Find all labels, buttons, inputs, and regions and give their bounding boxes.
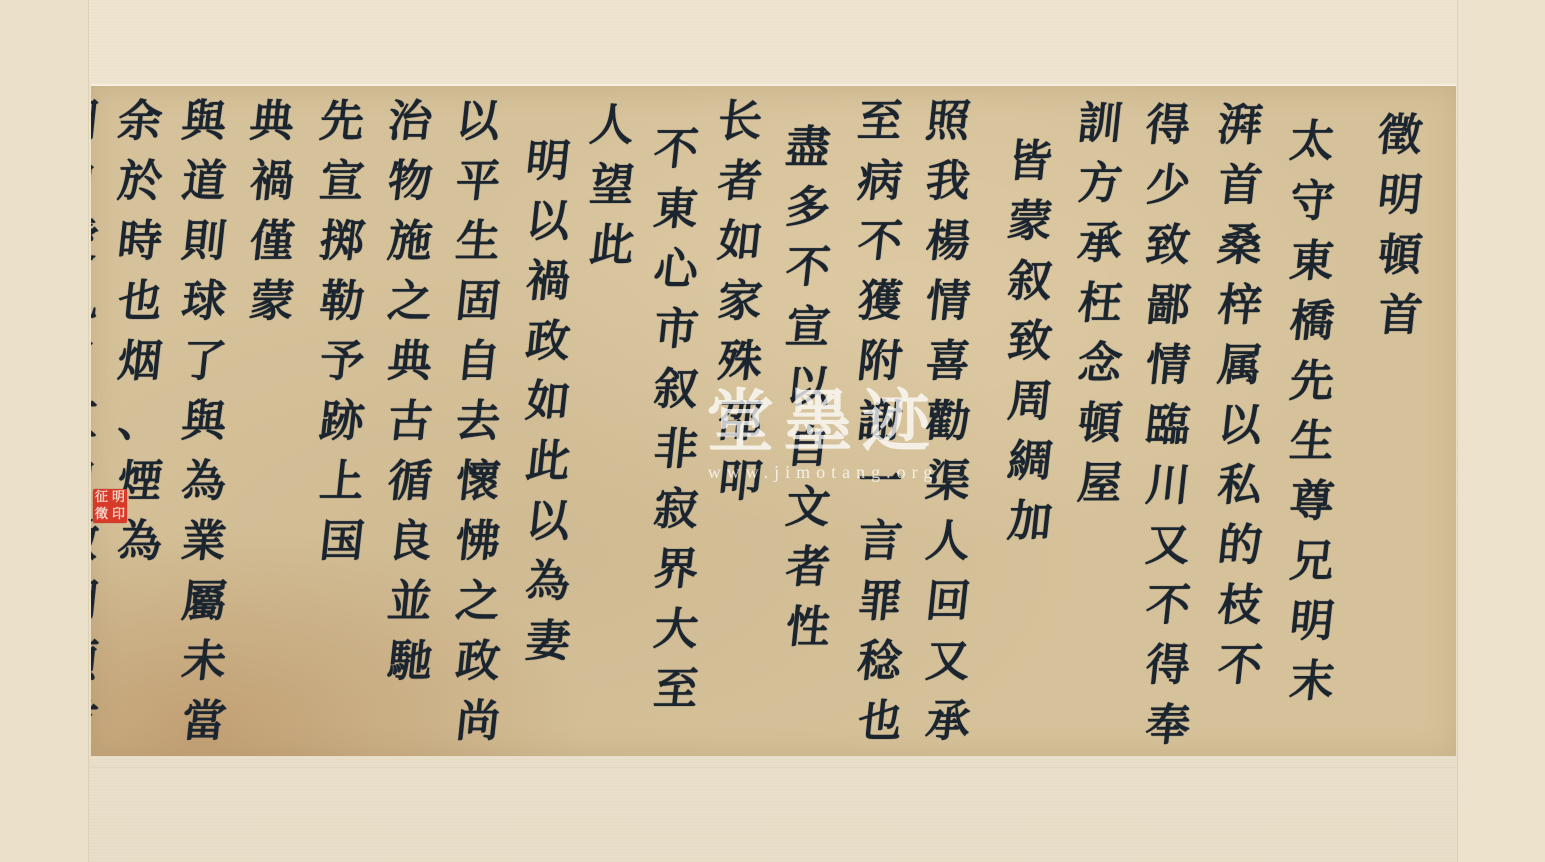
- calligraphy-character: 蒙: [247, 272, 297, 332]
- seal-char: 印: [110, 506, 127, 523]
- calligraphy-character: 得: [1143, 636, 1193, 696]
- calligraphy-character: 蒙: [1005, 192, 1055, 252]
- calligraphy-character: 守: [1287, 172, 1337, 232]
- calligraphy-character: 者: [715, 152, 765, 212]
- calligraphy-character: 枉: [1075, 274, 1125, 334]
- calligraphy-character: 三: [91, 392, 101, 452]
- calligraphy-column: 以平生固自去懷怫之政尚: [456, 92, 500, 752]
- mat-right-border: [1457, 0, 1545, 862]
- calligraphy-character: 邵: [715, 392, 765, 452]
- calligraphy-character: 典: [247, 92, 297, 152]
- calligraphy-character: 余: [115, 92, 165, 152]
- calligraphy-character: 得: [1143, 96, 1193, 156]
- calligraphy-character: 自: [453, 332, 503, 392]
- calligraphy-character: 禍: [523, 252, 573, 312]
- calligraphy-column: 明以禍政如此以為妻: [526, 132, 570, 672]
- calligraphy-column: 长者如家殊邵叩: [718, 92, 762, 512]
- calligraphy-column: 至病不獲附謝一言罪稔也: [858, 92, 902, 752]
- calligraphy-character: 馳: [385, 632, 435, 692]
- calligraphy-character: 方: [1075, 154, 1125, 214]
- calligraphy-character: 自: [91, 152, 101, 212]
- red-seal-stamp: 征 明 徵 印: [93, 489, 127, 523]
- calligraphy-paper: 徵明頓首太守東橋先生尊兄明末湃首桑梓属以私的枝不得少致鄙情臨川又不得奉訓方承枉念…: [91, 84, 1456, 756]
- calligraphy-character: 於: [115, 152, 165, 212]
- calligraphy-character: 病: [855, 152, 905, 212]
- calligraphy-character: 明: [1287, 592, 1337, 652]
- calligraphy-character: 施: [385, 212, 435, 272]
- calligraphy-character: 我: [923, 152, 973, 212]
- calligraphy-character: 叙: [1005, 252, 1055, 312]
- calligraphy-character: 與: [179, 392, 229, 452]
- calligraphy-character: 循: [385, 452, 435, 512]
- calligraphy-character: 至: [651, 660, 701, 720]
- calligraphy-column: 不東心市叙非寂界大至: [654, 120, 698, 720]
- calligraphy-character: 鄙: [1143, 276, 1193, 336]
- seal-char: 明: [110, 489, 127, 506]
- calligraphy-character: 不: [855, 212, 905, 272]
- calligraphy-character: 治: [385, 92, 435, 152]
- calligraphy-character: 又: [1143, 516, 1193, 576]
- calligraphy-character: 為: [179, 452, 229, 512]
- calligraphy-column: 治物施之典古循良並馳: [388, 92, 432, 692]
- calligraphy-character: 如: [523, 372, 573, 432]
- calligraphy-character: 怫: [453, 512, 503, 572]
- calligraphy-character: 桑: [1215, 216, 1265, 276]
- calligraphy-character: 頓: [1075, 394, 1125, 454]
- calligraphy-column: 訓方承枉念頓屋: [1078, 94, 1122, 514]
- calligraphy-character: 寂: [651, 480, 701, 540]
- calligraphy-character: 訓: [1075, 94, 1125, 154]
- calligraphy-character: 喜: [923, 332, 973, 392]
- calligraphy-character: 叙: [651, 360, 701, 420]
- calligraphy-character: 人: [923, 512, 973, 572]
- calligraphy-character: 政: [453, 632, 503, 692]
- calligraphy-character: 禍: [247, 152, 297, 212]
- calligraphy-character: 明: [91, 572, 101, 632]
- calligraphy-character: 妻: [523, 612, 573, 672]
- calligraphy-character: 承: [1075, 214, 1125, 274]
- calligraphy-character: 少: [1143, 156, 1193, 216]
- calligraphy-character: 国: [317, 512, 367, 572]
- calligraphy-character: 掷: [317, 212, 367, 272]
- calligraphy-character: 之: [385, 272, 435, 332]
- calligraphy-character: 平: [453, 152, 503, 212]
- calligraphy-character: 明: [1375, 166, 1425, 226]
- calligraphy-character: 謝: [855, 392, 905, 452]
- calligraphy-character: 叩: [715, 452, 765, 512]
- seal-char: 徵: [93, 506, 110, 523]
- calligraphy-character: 先: [317, 92, 367, 152]
- calligraphy-character: 渠: [923, 452, 973, 512]
- calligraphy-character: 尚: [453, 692, 503, 752]
- calligraphy-character: 當: [179, 692, 229, 752]
- calligraphy-column: 典禍僅蒙: [250, 92, 294, 332]
- calligraphy-column: 皆蒙叙致周綢加: [1008, 132, 1052, 552]
- calligraphy-character: 此: [587, 216, 637, 276]
- mat-bottom-band: [88, 755, 1457, 768]
- calligraphy-character: 致: [1143, 216, 1193, 276]
- calligraphy-character: 勸: [923, 392, 973, 452]
- calligraphy-character: 太: [1287, 112, 1337, 172]
- calligraphy-character: 明: [523, 132, 573, 192]
- calligraphy-character: 此: [523, 432, 573, 492]
- calligraphy-character: 奉: [1143, 696, 1193, 756]
- calligraphy-character: 固: [453, 272, 503, 332]
- calligraphy-character: 勒: [317, 272, 367, 332]
- calligraphy-character: 跡: [317, 392, 367, 452]
- calligraphy-character: 東: [651, 180, 701, 240]
- calligraphy-character: 首: [91, 692, 101, 752]
- calligraphy-character: 徵: [1375, 106, 1425, 166]
- calligraphy-character: 楊: [923, 212, 973, 272]
- calligraphy-character: 生: [1287, 412, 1337, 472]
- calligraphy-character: 回: [923, 572, 973, 632]
- calligraphy-character: 為: [523, 552, 573, 612]
- calligraphy-character: 皆: [1005, 132, 1055, 192]
- calligraphy-column: 太守東橋先生尊兄明末: [1290, 112, 1334, 712]
- calligraphy-character: 尊: [1287, 472, 1337, 532]
- calligraphy-column: 徵明頓首: [1378, 106, 1422, 346]
- calligraphy-character: 界: [651, 540, 701, 600]
- calligraphy-character: 不: [783, 238, 833, 298]
- calligraphy-character: 並: [385, 572, 435, 632]
- calligraphy-character: 自: [783, 418, 833, 478]
- calligraphy-column: 與道則球了與為業屬未當: [182, 92, 226, 752]
- calligraphy-character: 如: [715, 212, 765, 272]
- calligraphy-character: 罪: [855, 572, 905, 632]
- calligraphy-character: 多: [783, 178, 833, 238]
- calligraphy-character: 球: [179, 272, 229, 332]
- calligraphy-character: 家: [715, 272, 765, 332]
- calligraphy-character: 則: [179, 212, 229, 272]
- calligraphy-character: 者: [783, 538, 833, 598]
- calligraphy-character: 念: [1075, 334, 1125, 394]
- calligraphy-character: 言: [855, 512, 905, 572]
- calligraphy-character: 殊: [715, 332, 765, 392]
- calligraphy-column: 湃首桑梓属以私的枝不: [1218, 96, 1262, 696]
- calligraphy-character: 獲: [855, 272, 905, 332]
- calligraphy-character: 東: [1287, 232, 1337, 292]
- calligraphy-column: 盡多不宣以自文者性: [786, 118, 830, 658]
- calligraphy-character: 僅: [247, 212, 297, 272]
- calligraphy-character: 物: [385, 152, 435, 212]
- calligraphy-character: 梓: [1215, 276, 1265, 336]
- calligraphy-character: 大: [651, 600, 701, 660]
- calligraphy-character: 未: [179, 632, 229, 692]
- calligraphy-character: 兄: [1287, 532, 1337, 592]
- calligraphy-character: 以: [523, 492, 573, 552]
- calligraphy-character: 的: [1215, 516, 1265, 576]
- calligraphy-character: 以: [453, 92, 503, 152]
- calligraphy-character: 愛: [91, 212, 101, 272]
- calligraphy-character: 政: [523, 312, 573, 372]
- calligraphy-character: 首: [1215, 156, 1265, 216]
- calligraphy-character: 心: [651, 240, 701, 300]
- calligraphy-character: 道: [179, 152, 229, 212]
- calligraphy-character: 湃: [1215, 96, 1265, 156]
- calligraphy-character: 情: [1143, 336, 1193, 396]
- calligraphy-character: 橋: [1287, 292, 1337, 352]
- calligraphy-character: 宣: [317, 152, 367, 212]
- calligraphy-character: 古: [385, 392, 435, 452]
- calligraphy-character: 照: [923, 92, 973, 152]
- calligraphy-character: 致: [1005, 312, 1055, 372]
- calligraphy-character: 私: [1215, 456, 1265, 516]
- calligraphy-character: 至: [855, 92, 905, 152]
- calligraphy-character: 屋: [1075, 454, 1125, 514]
- calligraphy-character: 稔: [855, 632, 905, 692]
- calligraphy-character: 非: [651, 420, 701, 480]
- calligraphy-character: 首: [1375, 286, 1425, 346]
- calligraphy-character: 予: [317, 332, 367, 392]
- calligraphy-column: 照我楊情喜勸渠人回又承: [926, 92, 970, 752]
- calligraphy-character: 属: [1215, 336, 1265, 396]
- calligraphy-character: 業: [179, 512, 229, 572]
- calligraphy-character: 枝: [1215, 576, 1265, 636]
- calligraphy-character: 承: [923, 692, 973, 752]
- calligraphy-character: 以: [523, 192, 573, 252]
- calligraphy-character: 也: [115, 272, 165, 332]
- calligraphy-character: 也: [855, 692, 905, 752]
- calligraphy-character: 加: [1005, 492, 1055, 552]
- calligraphy-character: 臨: [1143, 396, 1193, 456]
- calligraphy-column: 人望此: [590, 96, 634, 276]
- calligraphy-character: 川: [1143, 456, 1193, 516]
- calligraphy-column: 先宣掷勒予跡上国: [320, 92, 364, 572]
- calligraphy-character: 宣: [783, 298, 833, 358]
- calligraphy-column: 得少致鄙情臨川又不得奉: [1146, 96, 1190, 756]
- calligraphy-character: 與: [179, 92, 229, 152]
- calligraphy-character: 文: [783, 478, 833, 538]
- seal-char: 征: [93, 489, 110, 506]
- calligraphy-character: 周: [1005, 372, 1055, 432]
- calligraphy-column: 圓自愛九月三日徵明頓首: [91, 92, 98, 752]
- calligraphy-character: 盡: [783, 118, 833, 178]
- calligraphy-character: 附: [855, 332, 905, 392]
- calligraphy-character: 以: [1215, 396, 1265, 456]
- calligraphy-character: 人: [587, 96, 637, 156]
- calligraphy-character: 不: [1143, 576, 1193, 636]
- calligraphy-character: 末: [1287, 652, 1337, 712]
- calligraphy-character: 情: [923, 272, 973, 332]
- calligraphy-character: 烟: [115, 332, 165, 392]
- calligraphy-character: 懷: [453, 452, 503, 512]
- calligraphy-character: 時: [115, 212, 165, 272]
- calligraphy-character: 了: [179, 332, 229, 392]
- calligraphy-character: 九: [91, 272, 101, 332]
- calligraphy-character: 不: [1215, 636, 1265, 696]
- calligraphy-character: 以: [783, 358, 833, 418]
- calligraphy-character: 上: [317, 452, 367, 512]
- calligraphy-character: 綢: [1005, 432, 1055, 492]
- calligraphy-character: 一: [855, 452, 905, 512]
- calligraphy-character: 良: [385, 512, 435, 572]
- calligraphy-character: 頓: [91, 632, 101, 692]
- calligraphy-character: 圓: [91, 92, 101, 152]
- calligraphy-character: 頓: [1375, 226, 1425, 286]
- calligraphy-character: 市: [651, 300, 701, 360]
- calligraphy-character: 性: [783, 598, 833, 658]
- mat-left-border: [0, 0, 89, 862]
- calligraphy-character: 月: [91, 332, 101, 392]
- calligraphy-character: 典: [385, 332, 435, 392]
- calligraphy-character: 之: [453, 572, 503, 632]
- calligraphy-character: 、: [115, 392, 165, 452]
- calligraphy-character: 长: [715, 92, 765, 152]
- calligraphy-character: 先: [1287, 352, 1337, 412]
- calligraphy-character: 去: [453, 392, 503, 452]
- calligraphy-character: 生: [453, 212, 503, 272]
- calligraphy-character: 屬: [179, 572, 229, 632]
- calligraphy-character: 又: [923, 632, 973, 692]
- calligraphy-character: 不: [651, 120, 701, 180]
- calligraphy-character: 望: [587, 156, 637, 216]
